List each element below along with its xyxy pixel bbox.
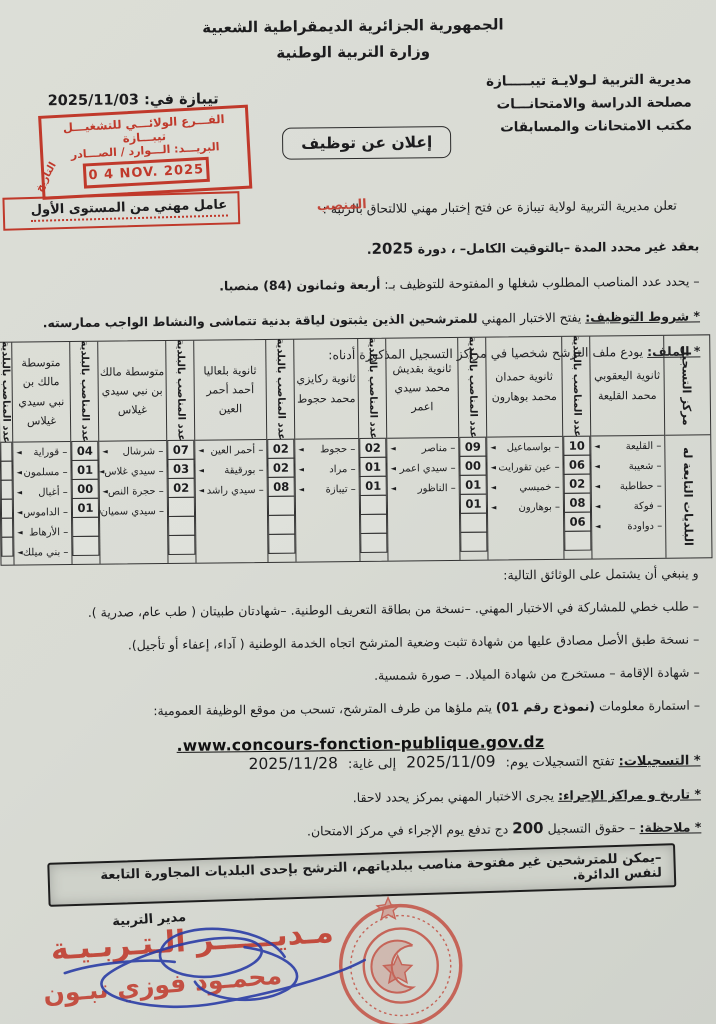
document-item: – استمارة معلومات (نموذج رقم 01) يتم ملؤ… [20,694,700,722]
count-column: عدد المناصب بالبلدية [0,343,14,565]
count-header-cell: عدد المناصب بالبلدية [562,337,590,437]
municipality-row: – دواودة◄ [592,516,665,537]
municipality-row [592,536,665,557]
school-column: متوسطة مالك بن نبي سيدي غيلاس– قوراية◄– … [11,342,71,565]
arrow-left-icon: ◄ [99,468,104,476]
count-values: 020208 [267,440,295,562]
count-header-cell: عدد المناصب بالبلدية [166,341,194,441]
arrow-left-icon: ◄ [299,486,304,494]
arrow-left-icon: ◄ [491,484,496,492]
postal-stamp-date: 0 4 NOV. 2025 [83,157,210,189]
arrow-left-icon: ◄ [391,485,396,493]
count-box: 09 [459,438,486,457]
count-header-cell: عدد المناصب بالبلدية [0,343,12,443]
school-name: ثانوية بلعاليا أحمد أحمر العين [194,340,266,441]
count-box [360,514,387,534]
count-header-label: عدد المناصب بالبلدية [570,335,582,437]
count-box [564,531,591,551]
count-box: 04 [71,442,98,461]
municipality-row: – الأرهاط◄ [14,522,71,543]
count-box [0,461,12,481]
count-box: 06 [563,455,590,475]
municipality-row: – سيدي راشد◄ [196,480,267,501]
school-name: ثانوية حمدان محمد بوهارون [486,337,562,438]
count-box: 07 [167,441,194,460]
table-center-column: مركز التسجيلالبلديات التابعة له [663,335,711,557]
municipality-label: – بوهارون [518,501,560,512]
postal-stamp-date-label: التاريخ [34,161,59,194]
municipality-label: – حطاطبة [620,480,662,491]
office-line: مكتب الامتحانات والمسابقات [486,114,692,139]
count-box: 02 [359,439,386,458]
count-box [72,517,99,537]
arrow-left-icon: ◄ [595,522,600,530]
count-box [1,518,13,538]
arrow-left-icon: ◄ [102,448,107,456]
count-box [460,532,487,552]
municipality-row: – شعيبة◄ [591,456,664,477]
count-box: 01 [360,476,387,496]
municipality-label: – الأرهاط [29,527,68,538]
municipality-row [296,499,359,520]
center-body-cell: البلديات التابعة له [665,435,711,557]
municipality-label: – بني ميلك [23,547,69,558]
municipality-row: – أغبال◄ [14,482,71,503]
count-header-label: عدد المناصب بالبلدية [466,336,478,438]
school-municipalities: – حجوط◄– مراد◄– تيبازة◄ [295,439,359,562]
scanned-document: { "header": { "republic": "الجمهورية الج… [0,0,716,1024]
count-header-label: عدد المناصب بالبلدية [174,339,186,441]
count-header-label: عدد المناصب بالبلدية [78,340,90,442]
count-box [360,495,387,515]
municipality-row: – شرشال◄ [99,441,166,462]
school-municipalities: – شرشال◄– سيدي غلاس◄– حجرة النص◄– سيدي س… [99,441,167,564]
municipality-row: – مراد◄ [295,459,358,480]
center-header-label: مركز التسجيل [680,345,695,425]
count-box [1,499,13,519]
rank-label: عامل مهني من المستوى الأول [31,198,228,222]
municipality-label: – سيدي سميان [101,506,165,518]
municipality-row: – القليعة◄ [591,436,664,457]
municipality-label: – عين تقورايت [498,461,559,473]
signature-scribble-icon [34,915,435,1023]
count-box [72,536,99,556]
municipality-label: – تيبازة [326,484,356,495]
municipality-label: – الداموس [23,507,68,518]
arrow-left-icon: ◄ [594,462,599,470]
count-values: 020101 [359,439,387,561]
contract-line: بعقد غير محدد المدة –بالتوقيت الكامل– ، … [11,234,699,264]
municipality-row: – مسلمون◄ [13,462,70,483]
arrow-left-icon: ◄ [17,529,22,537]
municipality-row [388,518,459,539]
municipality-label: – مسلمون [23,467,67,478]
count-box [460,513,487,533]
municipality-row: – فوكة◄ [592,496,665,517]
municipality-row [388,538,459,559]
municipality-row [196,500,267,521]
count-box: 01 [359,457,386,477]
arrow-left-icon: ◄ [594,442,599,450]
municipality-row [196,520,267,541]
school-name: متوسطة مالك بن نبي سيدي غيلاس [12,342,70,443]
count-column: عدد المناصب بالبلدية020208 [265,340,295,562]
rank-red-box: عامل مهني من المستوى الأول [2,191,239,231]
exam-center-line: * تاريخ و مراكز الإجراء: يجرى الاختبار ا… [21,783,701,811]
service-line: مصلحة الدراسة والامتحانـــات [486,91,692,116]
note-line: * ملاحظة: – حقوق التسجيل 200 دج تدفع يوم… [21,816,701,844]
announcement-title-box: إعلان عن توظيف [282,126,451,160]
school-name: ثانوية ركايزي محمد حجوط [294,339,358,440]
intro-line1-text: تعلن مديرية التربية لولاية تيبازة عن فتح… [323,198,677,217]
conditions-line: * شروط التوظيف: يفتح الاختبار المهني للم… [12,305,700,334]
count-box [168,497,195,517]
arrow-left-icon: ◄ [299,466,304,474]
count-box: 02 [267,440,294,459]
arrow-left-icon: ◄ [491,464,496,472]
school-municipalities: – قوراية◄– مسلمون◄– أغبال◄– الداموس◄– ال… [13,442,71,565]
signature-area: مدير التربية مـديــــــر الـتـربـيـة محم… [4,892,716,1024]
red-stamp-overlay: المنصب [316,197,367,214]
municipality-row [296,519,359,540]
municipality-row: – مناصر◄ [387,438,458,459]
count-column: عدد المناصب بالبلدية070302 [165,341,195,563]
registration-start-date: 2025/11/09 [396,752,506,771]
count-header-cell: عدد المناصب بالبلدية [358,339,386,439]
municipality-label: – حجرة النص [108,486,164,498]
count-box: 01 [72,498,99,518]
arrow-left-icon: ◄ [198,447,203,455]
count-header-cell: عدد المناصب بالبلدية [458,338,486,438]
document-item: – شهادة الإقامة – مستخرج من شهادة الميلا… [20,661,700,689]
school-name: متوسطة مالك بن نبي سيدي غيلاس [98,341,166,442]
school-column: ثانوية بقديش محمد سيدي اعمر– مناصر◄– سيد… [385,338,459,561]
count-box: 08 [564,493,591,513]
count-box: 02 [168,478,195,498]
municipality-row: – سيدي سميان◄ [100,501,167,522]
documents-intro: و ينبغي أن يشتمل على الوثائق التالية: [19,562,699,590]
arrow-left-icon: ◄ [298,446,303,454]
arrow-left-icon: ◄ [17,489,22,497]
count-box [268,496,295,516]
count-column: عدد المناصب بالبلدية04010001 [69,342,99,564]
count-header-label: عدد المناصب بالبلدية [0,341,12,443]
count-box [1,480,13,500]
directorate-line: مديرية التربية لـولايـة تيبـــــازة [486,68,692,93]
municipality-row: – عين تقورايت◄ [487,457,562,478]
municipality-label: – شعيبة [629,460,662,471]
municipality-row: – حطاطبة◄ [592,476,665,497]
municipality-row [196,540,267,561]
header-center: الجمهورية الجزائرية الديمقراطية الشعبية … [0,0,711,69]
count-box [168,516,195,536]
count-values: 070302 [167,441,195,563]
count-values: 04010001 [71,442,99,564]
school-municipalities: – بواسماعيل◄– عين تقورايت◄– خميسي◄– بوها… [487,437,563,560]
count-box: 06 [564,512,591,532]
municipality-row [388,498,459,519]
municipality-row [100,521,167,542]
school-municipalities: – مناصر◄– سيدي اعمر◄– الناظور◄ [387,438,459,561]
count-box: 00 [459,456,486,476]
center-body-label: البلديات التابعة له [681,447,696,546]
arrow-left-icon: ◄ [491,504,496,512]
municipality-label: – مراد [329,464,355,475]
municipality-label: – خميسي [519,481,560,492]
count-values: 1006020806 [563,437,591,559]
municipality-row: – سيدي اعمر◄ [387,458,458,479]
count-box: 01 [460,494,487,514]
municipality-label: – مناصر [422,442,456,453]
municipality-label: – القليعة [626,440,662,451]
municipality-row: – سيدي غلاس◄ [99,461,166,482]
count-box: 00 [72,479,99,499]
municipality-label: – أحمر العين [210,444,263,456]
municipality-row: – الناظور◄ [388,478,459,499]
count-box: 08 [268,477,295,497]
school-name: ثانوية بقديش محمد سيدي اعمر [386,338,458,439]
municipality-label: – الناظور [418,482,456,493]
org-block: مديرية التربية لـولايـة تيبـــــازة مصلح… [486,68,692,139]
municipality-row: – حجوط◄ [295,439,358,460]
school-column: ثانوية اليعقوبي محمد القليعة– القليعة◄– … [589,336,665,559]
municipality-row: – بواسماعيل◄ [487,437,562,458]
count-box [1,537,13,557]
count-column: عدد المناصب بالبلدية020101 [357,339,387,561]
count-box: 01 [71,460,98,480]
school-column: ثانوية ركايزي محمد حجوط– حجوط◄– مراد◄– ت… [293,339,359,562]
document-sheet: الجمهورية الجزائرية الديمقراطية الشعبية … [0,0,716,1024]
count-box: 01 [460,475,487,495]
municipality-label: – شرشال [123,446,164,457]
municipality-row [100,541,167,562]
count-column: عدد المناصب بالبلدية1006020806 [561,337,591,559]
arrow-left-icon: ◄ [17,469,22,477]
school-column: ثانوية بلعاليا أحمد أحمر العين– أحمر الع… [193,340,267,563]
positions-line: – يحدد عدد المناصب المطلوب شغلها و المفت… [12,270,700,299]
municipality-label: – سيدي غلاس [104,466,163,478]
municipality-label: – بورقيقة [224,464,263,475]
registration-centers-table: مركز التسجيلالبلديات التابعة لهثانوية ال… [0,334,713,565]
municipality-row: – خميسي◄ [488,477,563,498]
arrow-left-icon: ◄ [391,465,396,473]
count-header-label: عدد المناصب بالبلدية [366,337,378,439]
arrow-left-icon: ◄ [490,444,495,452]
document-item: – نسخة طبق الأصل مصادق عليها من شهادة تث… [19,628,699,656]
intro-line1: تعلن مديرية التربية لولاية تيبازة عن فتح… [11,188,699,228]
grade-word: بالرتبةالمنصب [331,201,363,216]
municipality-label: – فوكة [634,500,662,511]
arrow-left-icon: ◄ [17,509,22,517]
municipality-row [488,537,563,558]
arrow-left-icon: ◄ [595,502,600,510]
postal-stamp: الفـــرع الولائـــي للتشغيـــل تيبـــازة… [38,105,252,200]
municipality-row: – قوراية◄ [13,442,70,463]
count-box: 03 [167,459,194,479]
municipality-label: – سيدي راشد [207,484,264,496]
school-name: ثانوية اليعقوبي محمد القليعة [590,336,664,437]
arrow-left-icon: ◄ [102,488,107,496]
count-values [0,443,13,565]
arrow-left-icon: ◄ [199,487,204,495]
municipality-label: – دواودة [627,520,662,531]
school-column: متوسطة مالك بن نبي سيدي غيلاس– شرشال◄– س… [97,341,167,564]
arrow-left-icon: ◄ [99,508,100,516]
arrow-left-icon: ◄ [199,467,204,475]
school-municipalities: – أحمر العين◄– بورقيقة◄– سيدي راشد◄ [195,440,267,563]
arrow-left-icon: ◄ [390,445,395,453]
arrow-left-icon: ◄ [595,482,600,490]
count-box [268,534,295,554]
municipality-row: – أحمر العين◄ [195,440,266,461]
municipality-label: – أغبال [38,487,68,498]
count-box [168,535,195,555]
municipality-row: – بني ميلك◄ [14,542,71,563]
count-header-label: عدد المناصب بالبلدية [274,338,286,440]
count-box: 10 [563,437,590,456]
municipality-label: – قوراية [33,447,67,458]
document-item: – طلب خطي للمشاركة في الاختبار المهني. –… [19,595,699,623]
municipality-row: – بورقيقة◄ [195,460,266,481]
count-column: عدد المناصب بالبلدية09000101 [457,338,487,560]
count-box: 02 [267,458,294,478]
count-values: 09000101 [459,438,487,560]
municipality-row [488,517,563,538]
count-box [0,443,12,462]
count-header-cell: عدد المناصب بالبلدية [266,340,294,440]
municipality-label: – سيدي اعمر [400,462,456,474]
municipality-row: – بوهارون◄ [488,497,563,518]
school-column: ثانوية حمدان محمد بوهارون– بواسماعيل◄– ع… [485,337,563,560]
municipality-row: – تيبازة◄ [296,479,359,500]
center-header-cell: مركز التسجيل [664,335,710,435]
school-municipalities: – القليعة◄– شعيبة◄– حطاطبة◄– فوكة◄– دواو… [591,436,665,559]
count-box [360,533,387,553]
count-box: 02 [564,474,591,494]
count-box [268,515,295,535]
municipality-row [296,539,359,560]
municipality-label: – بواسماعيل [507,441,560,453]
count-header-cell: عدد المناصب بالبلدية [70,342,98,442]
municipality-row: – الداموس◄ [14,502,71,523]
municipality-row: – حجرة النص◄ [100,481,167,502]
documents-section: و ينبغي أن يشتمل على الوثائق التالية: – … [1,562,716,900]
arrow-left-icon: ◄ [17,549,22,557]
municipality-label: – حجوط [320,444,355,455]
arrow-left-icon: ◄ [16,449,21,457]
registration-end-date: 2025/11/28 [238,754,348,773]
